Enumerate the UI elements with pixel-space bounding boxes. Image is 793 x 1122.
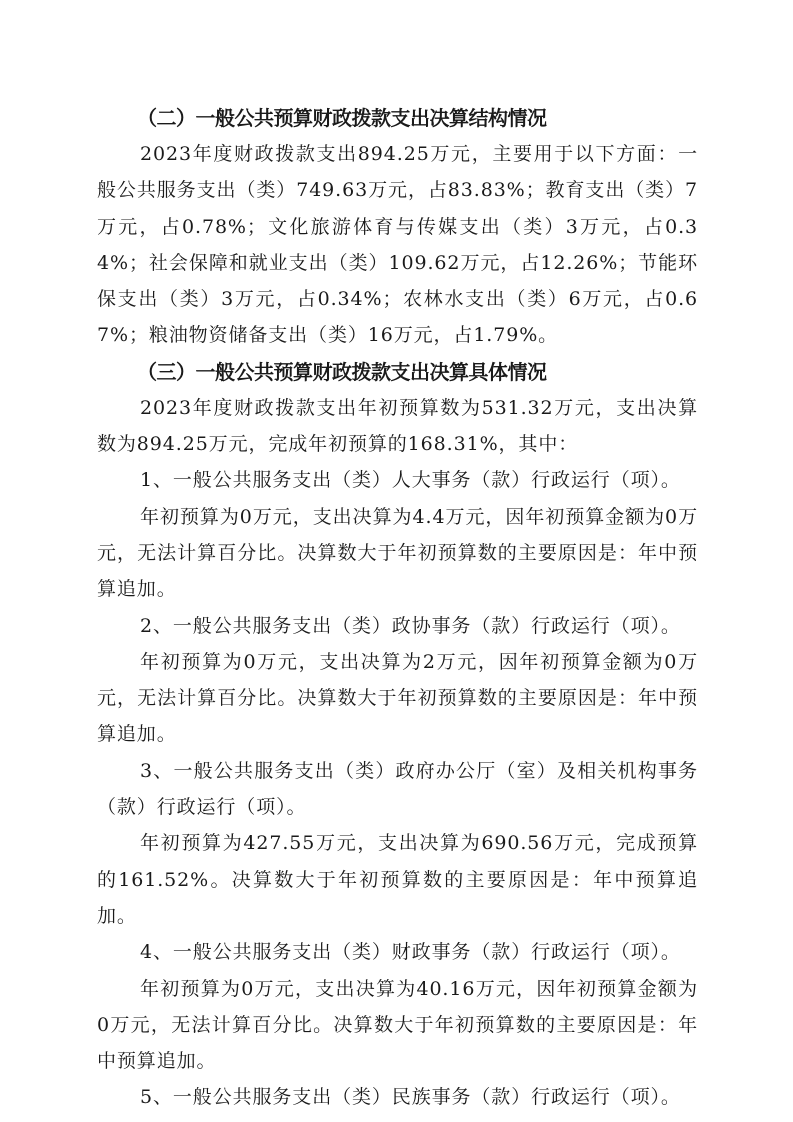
item-heading-4: 4、一般公共服务支出（类）财政事务（款）行政运行（项）。 (97, 934, 698, 970)
document-page: （二）一般公共预算财政拨款支出决算结构情况 2023年度财政拨款支出894.25… (97, 100, 698, 1116)
item-detail-2: 年初预算为0万元，支出决算为2万元，因年初预算金额为0万元，无法计算百分比。决算… (97, 644, 698, 753)
item-detail-3: 年初预算为427.55万元，支出决算为690.56万元，完成预算的161.52%… (97, 825, 698, 934)
item-heading-1: 1、一般公共服务支出（类）人大事务（款）行政运行（项）。 (97, 462, 698, 498)
paragraph-structure-summary: 2023年度财政拨款支出894.25万元，主要用于以下方面：一般公共服务支出（类… (97, 136, 698, 354)
section-heading: （二）一般公共预算财政拨款支出决算结构情况 (97, 100, 698, 136)
section-expenditure-structure: （二）一般公共预算财政拨款支出决算结构情况 2023年度财政拨款支出894.25… (97, 100, 698, 354)
item-detail-4: 年初预算为0万元，支出决算为40.16万元，因年初预算金额为0万元，无法计算百分… (97, 971, 698, 1080)
item-heading-2: 2、一般公共服务支出（类）政协事务（款）行政运行（项）。 (97, 608, 698, 644)
section-expenditure-details: （三）一般公共预算财政拨款支出决算具体情况 2023年度财政拨款支出年初预算数为… (97, 354, 698, 1116)
item-heading-3: 3、一般公共服务支出（类）政府办公厅（室）及相关机构事务（款）行政运行（项）。 (97, 753, 698, 826)
item-detail-1: 年初预算为0万元，支出决算为4.4万元，因年初预算金额为0万元，无法计算百分比。… (97, 499, 698, 608)
section-heading: （三）一般公共预算财政拨款支出决算具体情况 (97, 354, 698, 390)
item-heading-5: 5、一般公共服务支出（类）民族事务（款）行政运行（项）。 (97, 1079, 698, 1115)
paragraph-details-summary: 2023年度财政拨款支出年初预算数为531.32万元，支出决算数为894.25万… (97, 390, 698, 463)
